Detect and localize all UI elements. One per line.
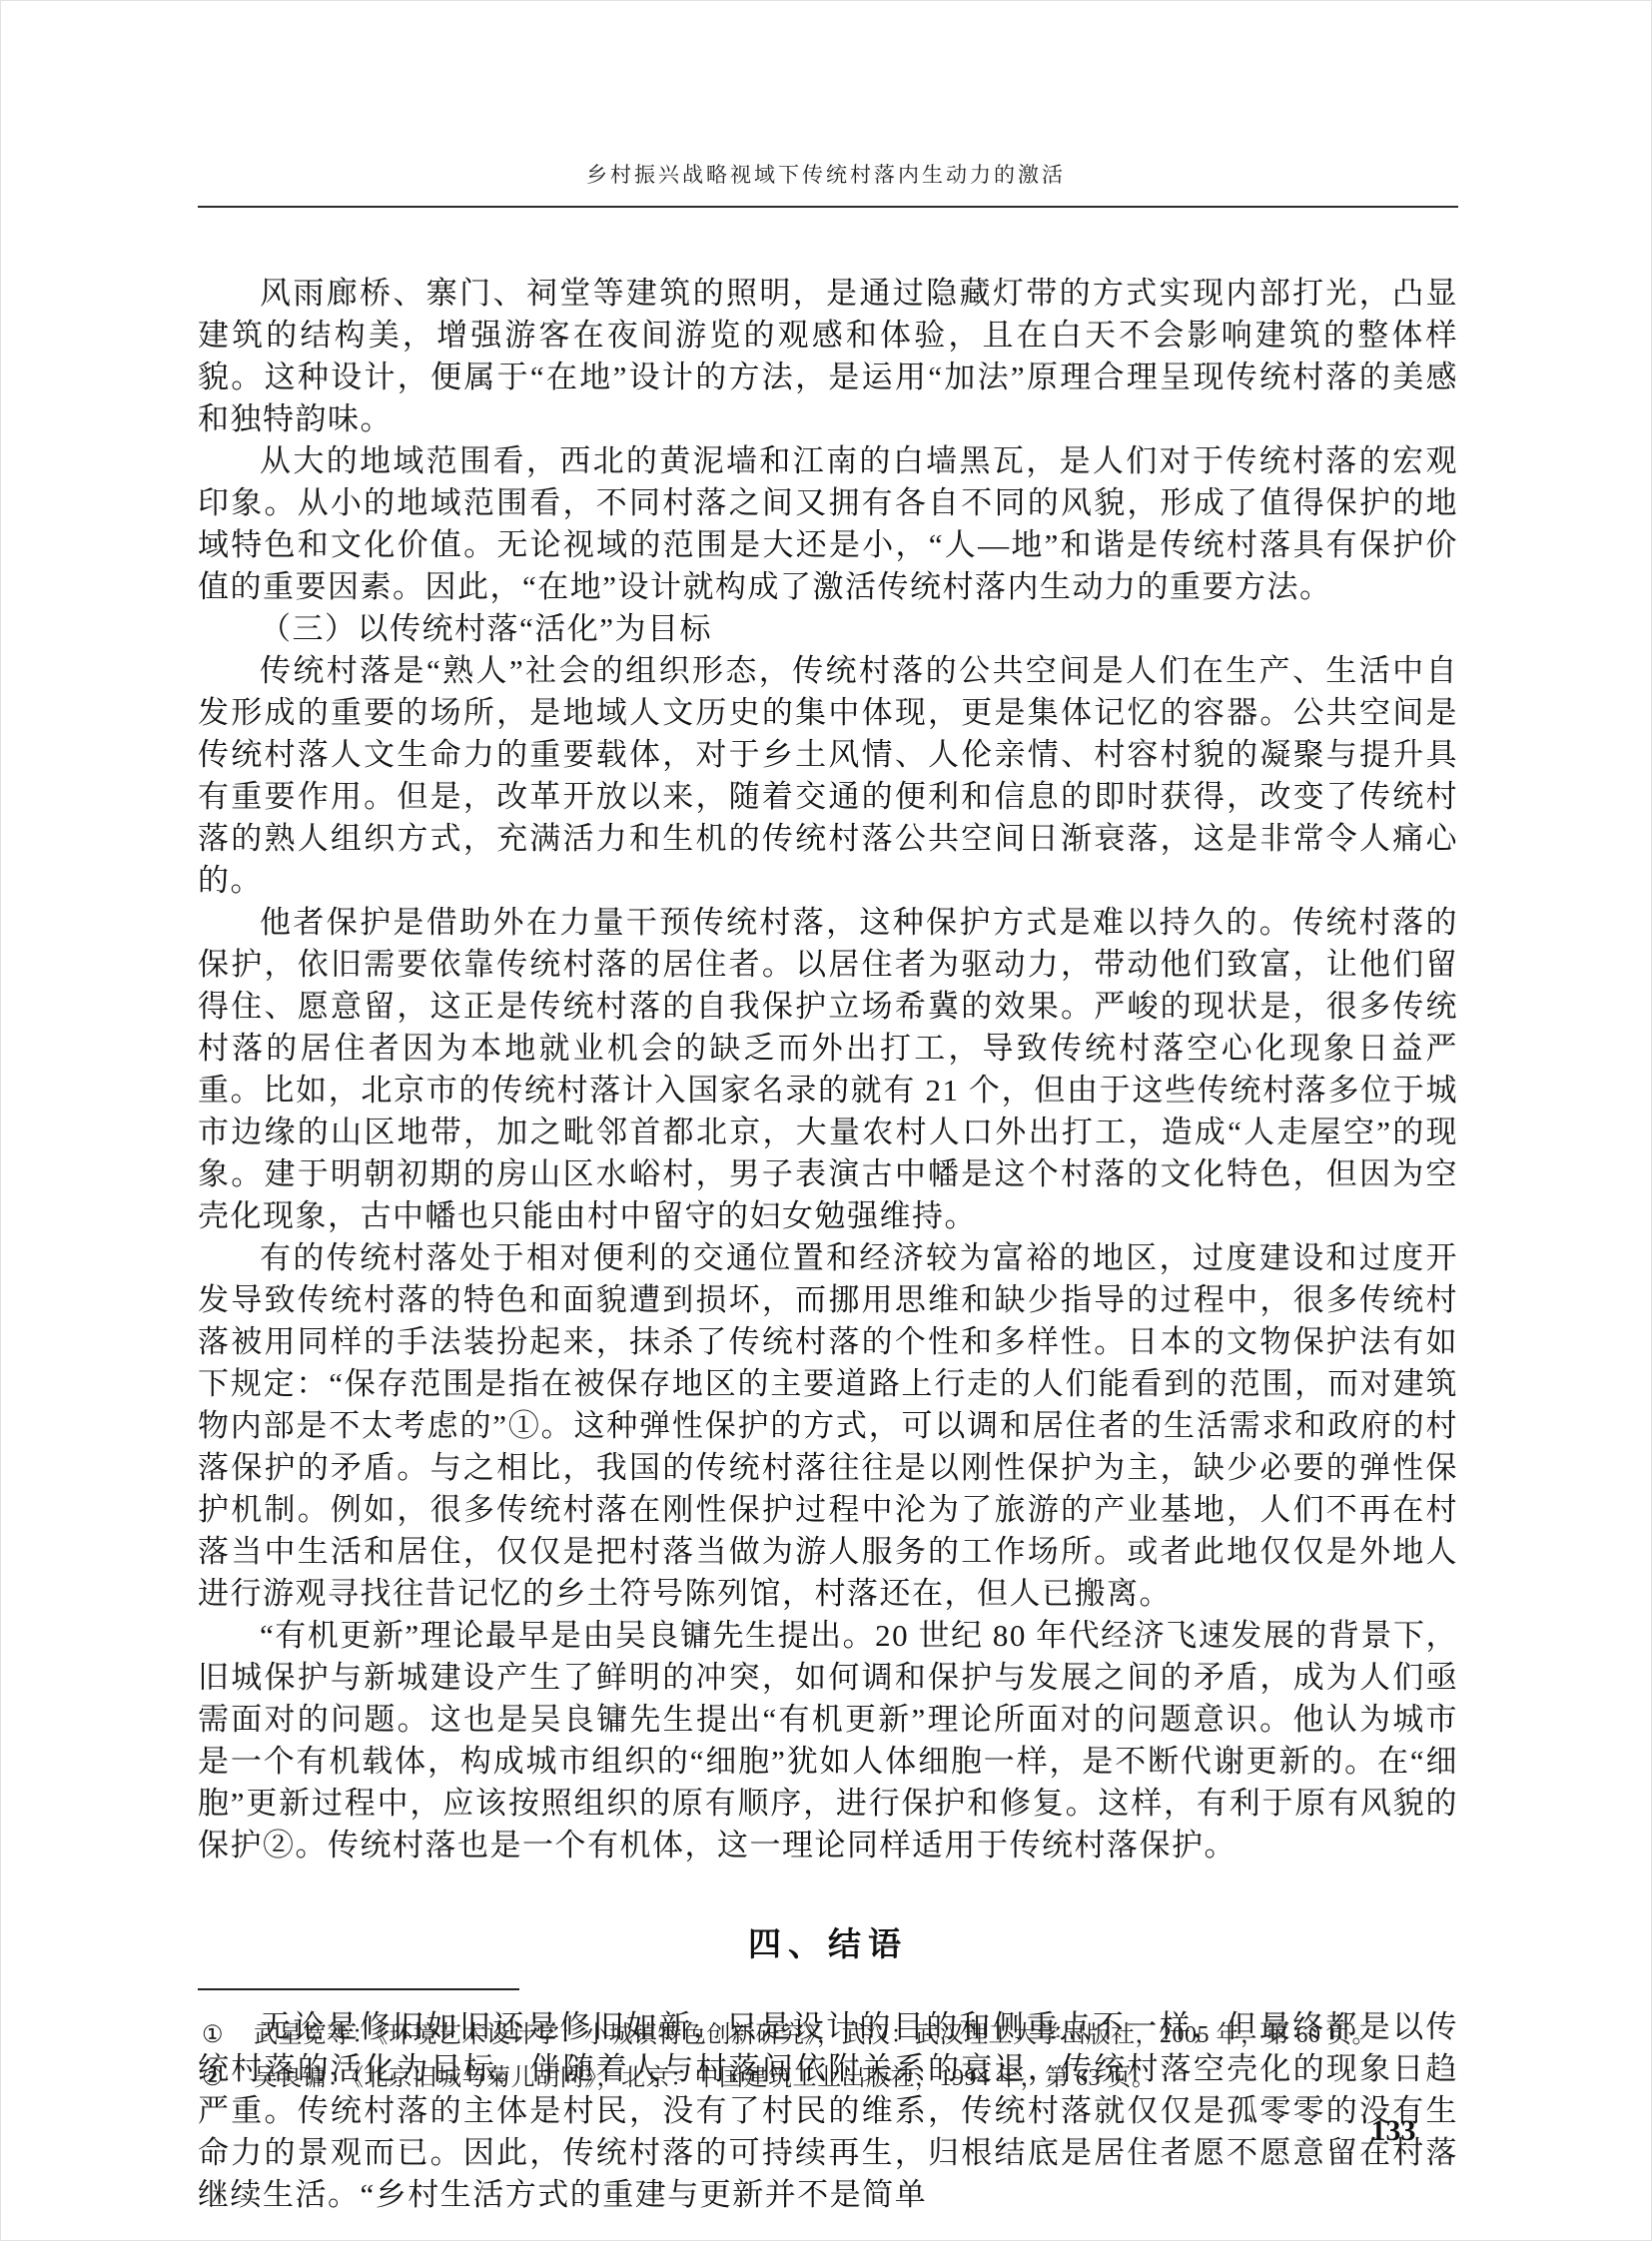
page-number: 133 (1351, 2114, 1435, 2148)
paragraph: 风雨廊桥、寨门、祠堂等建筑的照明，是通过隐藏灯带的方式实现内部打光，凸显建筑的结… (198, 273, 1458, 440)
footnote-marker: ① (198, 2014, 254, 2057)
footnote-item: ② 吴良镛：《北京旧城与菊儿胡同》，北京：中国建筑工业出版社，1994 年，第 … (198, 2057, 1458, 2100)
article-body: 风雨廊桥、寨门、祠堂等建筑的照明，是通过隐藏灯带的方式实现内部打光，凸显建筑的结… (198, 273, 1458, 2216)
header-rule (198, 206, 1458, 208)
paragraph: 有的传统村落处于相对便利的交通位置和经济较为富裕的地区，过度建设和过度开发导致传… (198, 1237, 1458, 1615)
footnote-text: 吴良镛：《北京旧城与菊儿胡同》，北京：中国建筑工业出版社，1994 年，第 63… (254, 2057, 1458, 2100)
paragraph: 他者保护是借助外在力量干预传统村落，这种保护方式是难以持久的。传统村落的保护，依… (198, 902, 1458, 1237)
running-head-title: 乡村振兴战略视域下传统村落内生动力的激活 (1, 159, 1651, 189)
article-page: 乡村振兴战略视域下传统村落内生动力的激活 风雨廊桥、寨门、祠堂等建筑的照明，是通… (0, 0, 1652, 2241)
footnote-text: 武星宽等：《环境艺术设计学：小城镇特色创新研究》，武汉：武汉理工大学出版社，20… (254, 2014, 1458, 2057)
section-heading-conclusion: 四、结语 (198, 1924, 1458, 1966)
footnotes-block: ① 武星宽等：《环境艺术设计学：小城镇特色创新研究》，武汉：武汉理工大学出版社，… (198, 2014, 1458, 2100)
footnote-marker: ② (198, 2057, 254, 2100)
subsection-heading: （三）以传统村落“活化”为目标 (198, 608, 1458, 650)
paragraph: 传统村落是“熟人”社会的组织形态，传统村落的公共空间是人们在生产、生活中自发形成… (198, 650, 1458, 902)
footnote-item: ① 武星宽等：《环境艺术设计学：小城镇特色创新研究》，武汉：武汉理工大学出版社，… (198, 2014, 1458, 2057)
footnote-separator-rule (198, 1988, 519, 1990)
paragraph: “有机更新”理论最早是由吴良镛先生提出。20 世纪 80 年代经济飞速发展的背景… (198, 1615, 1458, 1867)
paragraph: 从大的地域范围看，西北的黄泥墙和江南的白墙黑瓦，是人们对于传统村落的宏观印象。从… (198, 440, 1458, 608)
